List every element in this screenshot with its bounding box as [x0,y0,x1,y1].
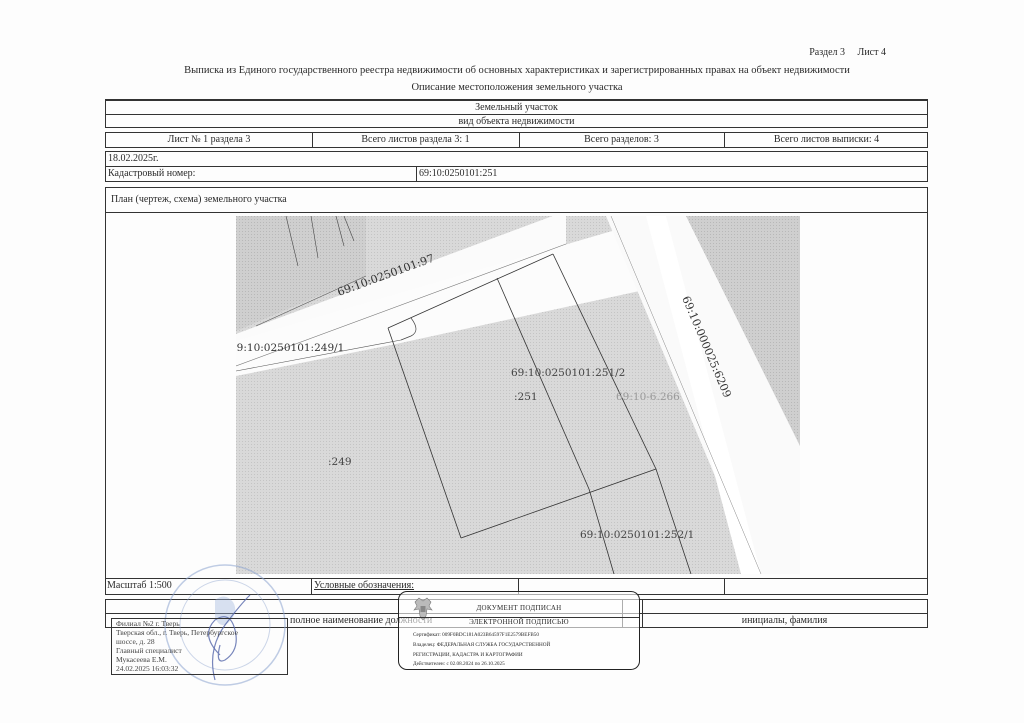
sheet-of-section: Лист № 1 раздела 3 [106,133,312,147]
scale-label: Масштаб 1:500 [107,579,172,593]
sheet-number: Лист 4 [858,47,886,58]
document-subtitle: Описание местоположения земельного участ… [0,82,1024,93]
page-reference: Раздел 3 Лист 4 [799,47,886,58]
total-sheets-extract: Всего листов выписки: 4 [724,133,929,147]
electronic-signature-box: ДОКУМЕНТ ПОДПИСАН ЭЛЕКТРОННОЙ ПОДПИСЬЮ С… [398,591,640,670]
signed-notice-2: ЭЛЕКТРОННОЙ ПОДПИСЬЮ [399,618,639,626]
stamp-datetime: 24.02.2025 16:03:32 [116,664,178,674]
object-type: Земельный участок [106,101,927,115]
plan-title: План (чертеж, схема) земельного участка [111,193,287,207]
name-caption: инициалы, фамилия [642,614,927,628]
certificate-validity: Действителен: с 02.08.2024 по 26.10.2025 [413,661,505,667]
certificate-id: Сертификат: 009F0BDC181A023B64597F1E2579… [413,632,539,638]
legend-label: Условные обозначения: [314,579,414,593]
label-parcel-249-1: 69:10:0250101:249/1 [236,342,344,354]
signed-notice: ДОКУМЕНТ ПОДПИСАН [399,604,639,612]
cadastral-number: 69:10:0250101:251 [419,167,497,181]
total-sections: Всего разделов: 3 [519,133,724,147]
label-zone: 69:10-6.266 [616,391,680,403]
land-plot-map: 69:10:0250101:97 69:10:0250101:249/1 69:… [236,216,800,574]
section-number: Раздел 3 [809,47,845,58]
document-title: Выписка из Единого государственного реес… [0,65,1024,76]
sheet-info-row: Лист № 1 раздела 3 Всего листов раздела … [105,132,928,148]
object-type-block: Земельный участок вид объекта недвижимос… [105,99,928,128]
label-parcel-251: :251 [514,391,538,403]
certificate-owner-1: Владелец: ФЕДЕРАЛЬНАЯ СЛУЖБА ГОСУДАРСТВЕ… [413,642,550,648]
label-parcel-251-2: 69:10:0250101:251/2 [511,367,625,379]
label-parcel-249: :249 [328,456,352,468]
extract-date: 18.02.2025г. [108,152,158,166]
date-cadastral-block: 18.02.2025г. Кадастровый номер: 69:10:02… [105,151,928,182]
total-sheets-section: Всего листов раздела 3: 1 [312,133,519,147]
cadastral-label: Кадастровый номер: [108,167,195,181]
label-parcel-252-1: 69:10:0250101:252/1 [580,529,694,541]
object-type-caption: вид объекта недвижимости [106,115,927,129]
registrar-stamp: Филиал №2 г. Тверь Тверская обл., г. Тве… [111,618,288,675]
certificate-owner-2: РЕГИСТРАЦИИ, КАДАСТРА И КАРТОГРАФИИ [413,652,523,658]
